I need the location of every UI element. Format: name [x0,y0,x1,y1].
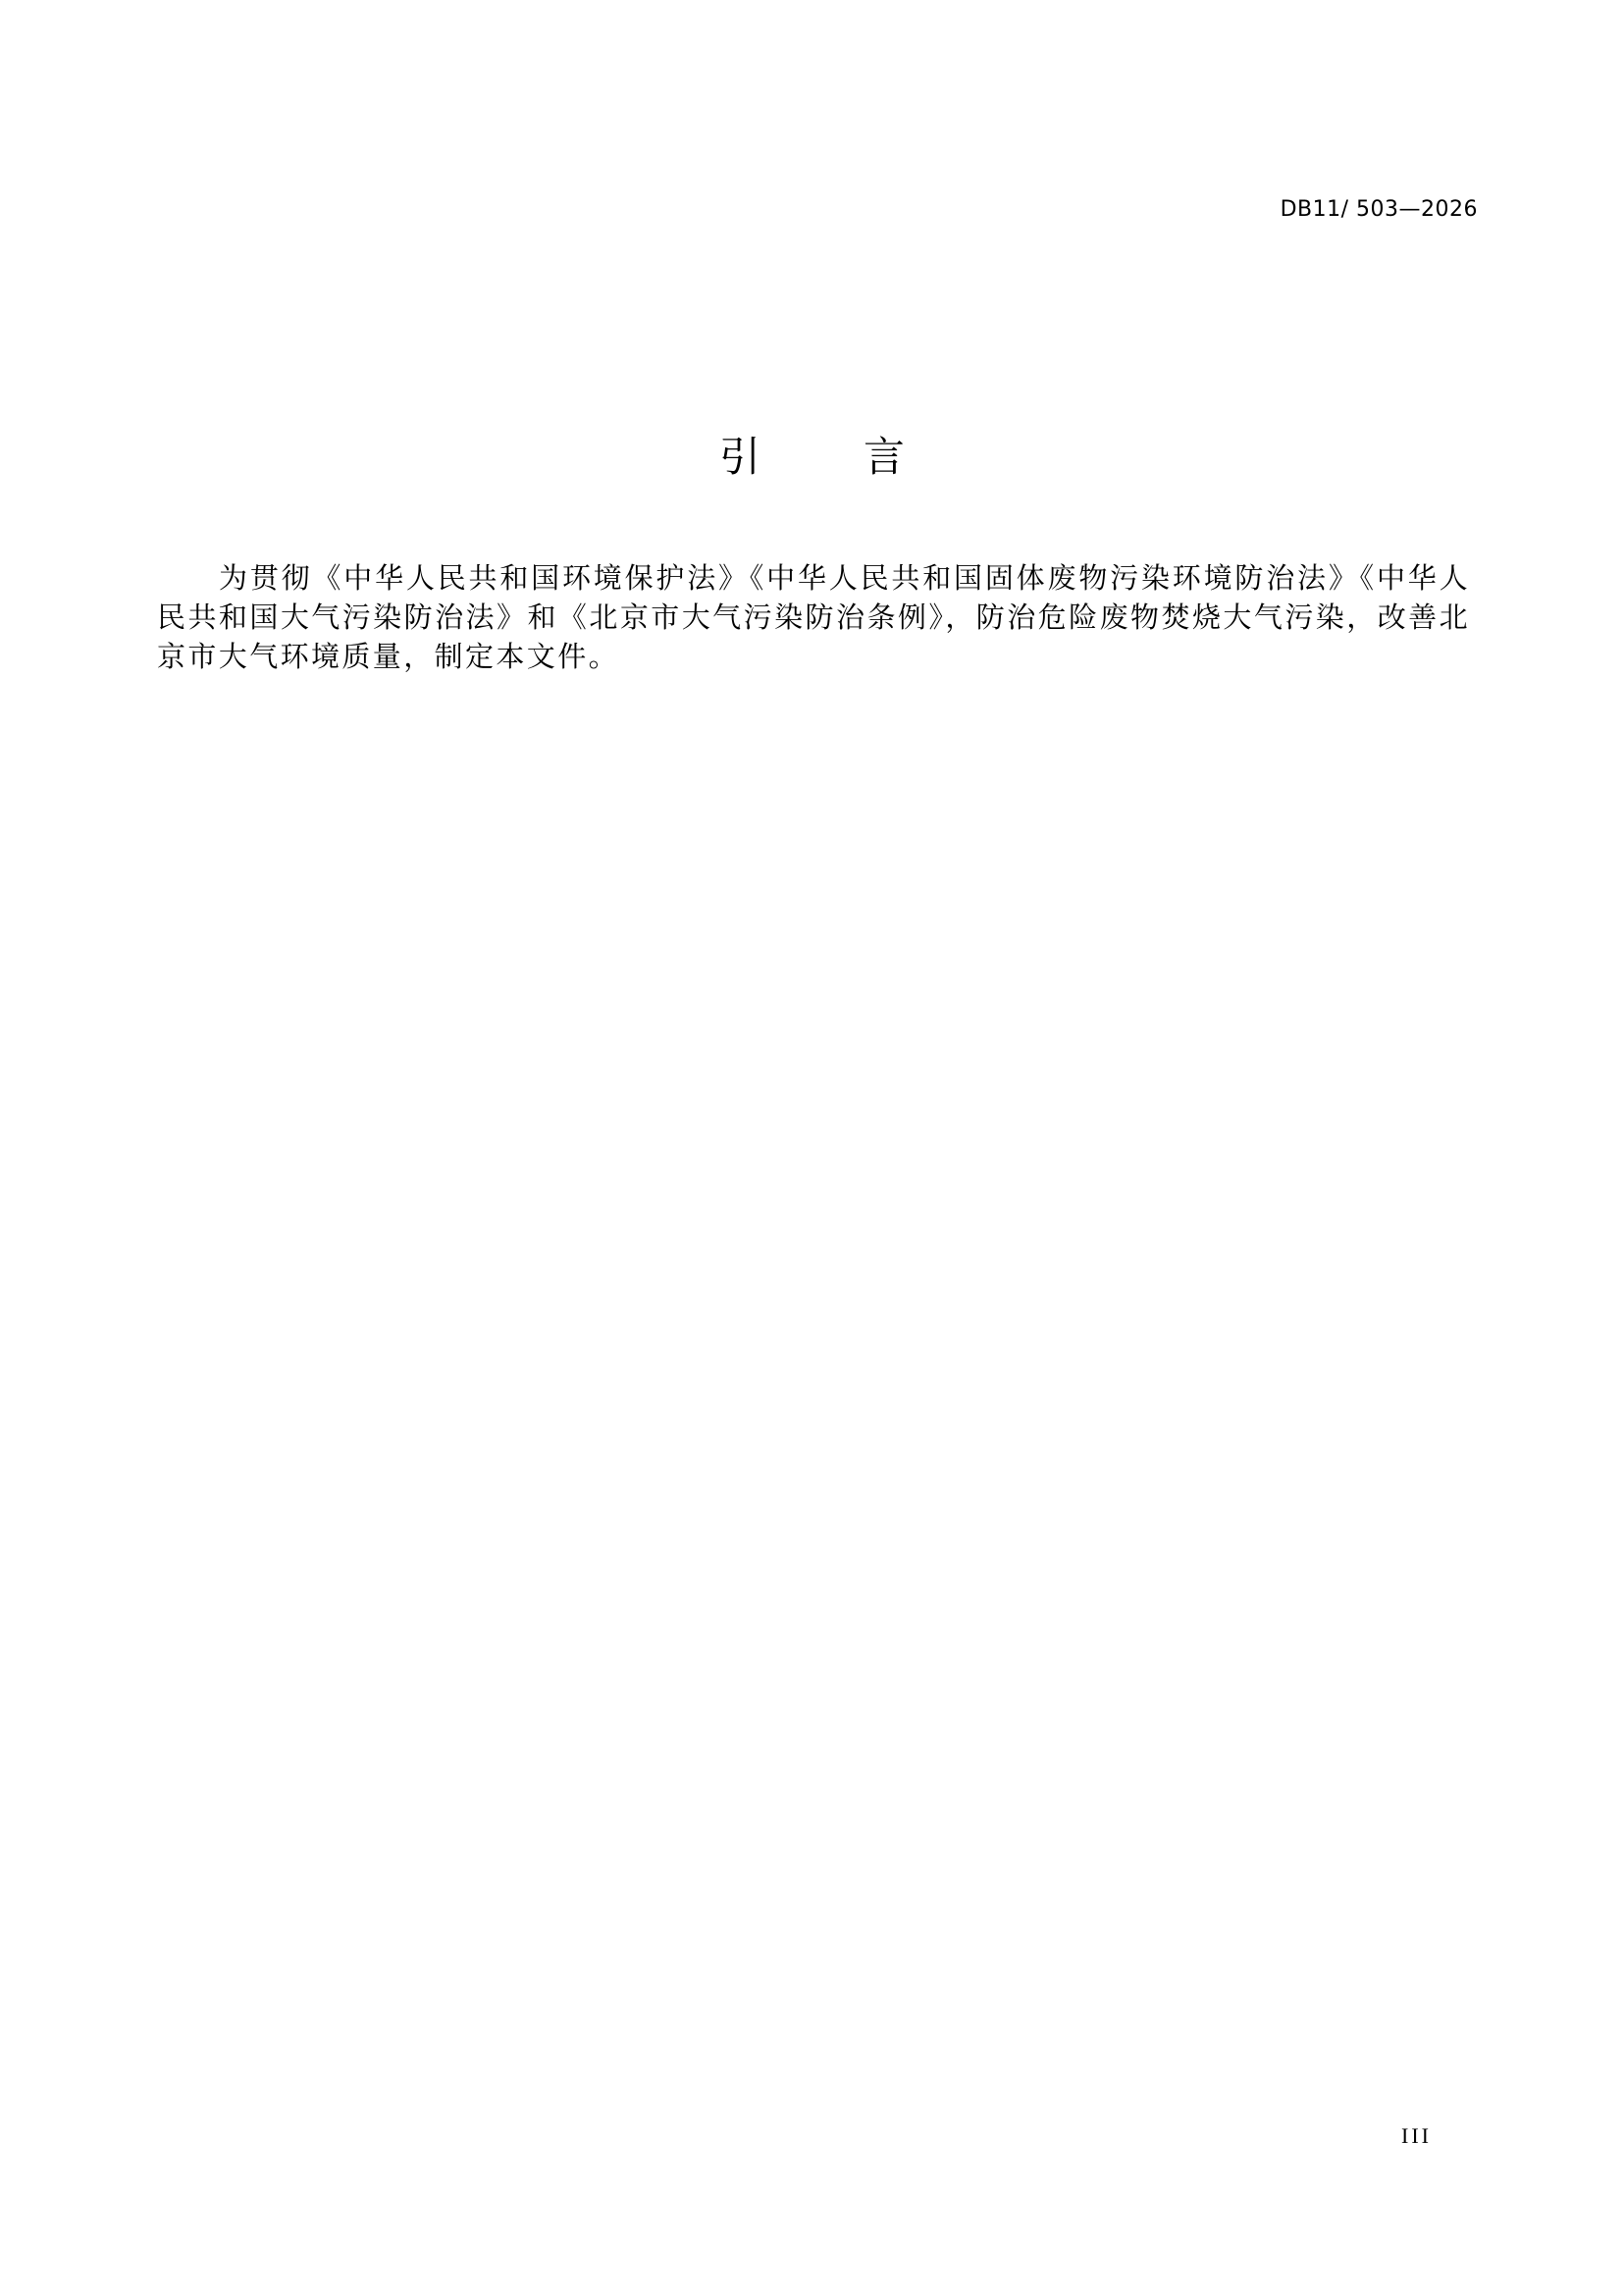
section-title-char-1: 引 [719,430,760,485]
document-page: DB11/ 503—2026 引 言 为贯彻《中华人民共和国环境保护法》《中华人… [0,0,1624,2295]
page-number: III [1401,2122,1432,2150]
section-title-char-2: 言 [864,430,905,485]
introduction-paragraph: 为贯彻《中华人民共和国环境保护法》《中华人民共和国固体废物污染环境防治法》《中华… [157,558,1470,676]
standard-code: DB11/ 503—2026 [1281,196,1478,224]
title-spacer [760,430,864,485]
section-title: 引 言 [0,430,1624,485]
